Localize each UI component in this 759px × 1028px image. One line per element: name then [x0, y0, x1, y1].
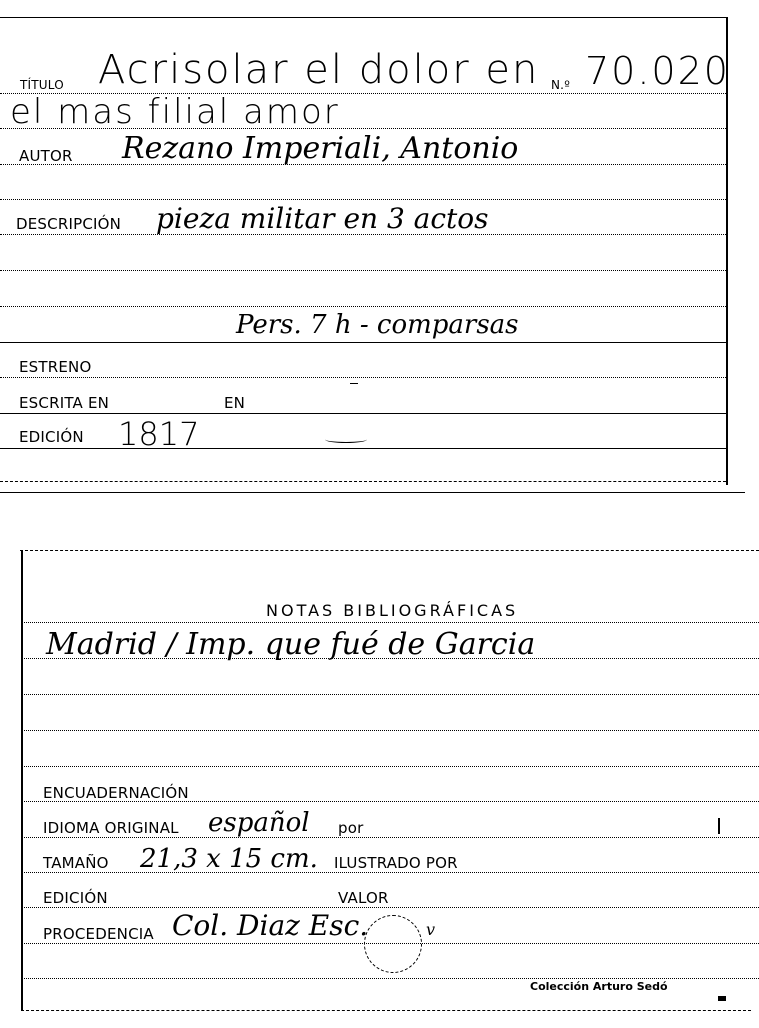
bottom-card-top-border [20, 550, 759, 551]
stray-mark [350, 383, 358, 384]
rule-line [0, 481, 726, 482]
descripcion-label: DESCRIPCIÓN [16, 217, 121, 232]
stray-mark [718, 818, 720, 834]
rule-line [0, 270, 726, 271]
procedencia-label: PROCEDENCIA [43, 927, 154, 942]
idioma-original-value[interactable]: español [208, 810, 310, 836]
bottom-card-left-border [21, 550, 23, 1010]
titulo-label: TÍTULO [20, 79, 64, 91]
rule-line [21, 694, 759, 695]
en-label: EN [224, 396, 245, 411]
card-bottom-edge [21, 1010, 751, 1011]
edicion-label: EDICIÓN [19, 430, 84, 445]
procedencia-value[interactable]: Col. Diaz Esc. [172, 912, 368, 940]
por-label: por [338, 821, 363, 836]
autor-value[interactable]: Rezano Imperiali, Antonio [122, 134, 518, 164]
stamp-circle-icon [364, 915, 422, 973]
rule-line [21, 907, 759, 908]
rule-line [21, 622, 759, 623]
rule-line [21, 837, 759, 838]
numero-label: N.º [551, 79, 570, 91]
edicion-label-bottom: EDICIÓN [43, 891, 108, 906]
rule-line [0, 342, 726, 343]
rule-line [0, 199, 726, 200]
rule-line [0, 448, 726, 449]
tamano-label: TAMAÑO [43, 856, 109, 871]
encuadernacion-label: ENCUADERNACIÓN [43, 786, 189, 801]
notas-bibliograficas-heading: NOTAS BIBLIOGRÁFICAS [266, 603, 518, 619]
notas-value[interactable]: Madrid / Imp. que fué de Garcia [46, 630, 535, 660]
escrita-en-label: ESCRITA EN [19, 396, 109, 411]
rule-line [21, 978, 759, 979]
rule-line [0, 377, 726, 378]
stray-mark [325, 436, 367, 443]
numero-value[interactable]: 70.020 [585, 52, 730, 90]
rule-line [0, 413, 726, 414]
estreno-label: ESTRENO [19, 360, 92, 375]
autor-label: AUTOR [19, 149, 73, 164]
idioma-original-label: IDIOMA ORIGINAL [43, 821, 179, 836]
descripcion-value[interactable]: pieza militar en 3 actos [156, 205, 489, 233]
edicion-value[interactable]: 1817 [118, 418, 199, 450]
valor-label: VALOR [338, 891, 389, 906]
rule-line [21, 730, 759, 731]
collection-footer: Colección Arturo Sedó [530, 980, 668, 993]
titulo-value-line2[interactable]: el mas filial amor [10, 95, 340, 129]
card-bottom-edge [0, 492, 745, 493]
ilustrado-por-label: ILUSTRADO POR [334, 856, 458, 871]
titulo-value-line1[interactable]: Acrisolar el dolor en [98, 50, 539, 90]
rule-line [21, 872, 759, 873]
tamano-value[interactable]: 21,3 x 15 cm. [140, 846, 318, 872]
personajes-note[interactable]: Pers. 7 h - comparsas [236, 312, 519, 338]
stray-mark [718, 996, 726, 1001]
rule-line [21, 766, 759, 767]
top-card-top-border [0, 17, 728, 18]
rule-line [0, 306, 726, 307]
stray-mark: v [426, 922, 435, 938]
